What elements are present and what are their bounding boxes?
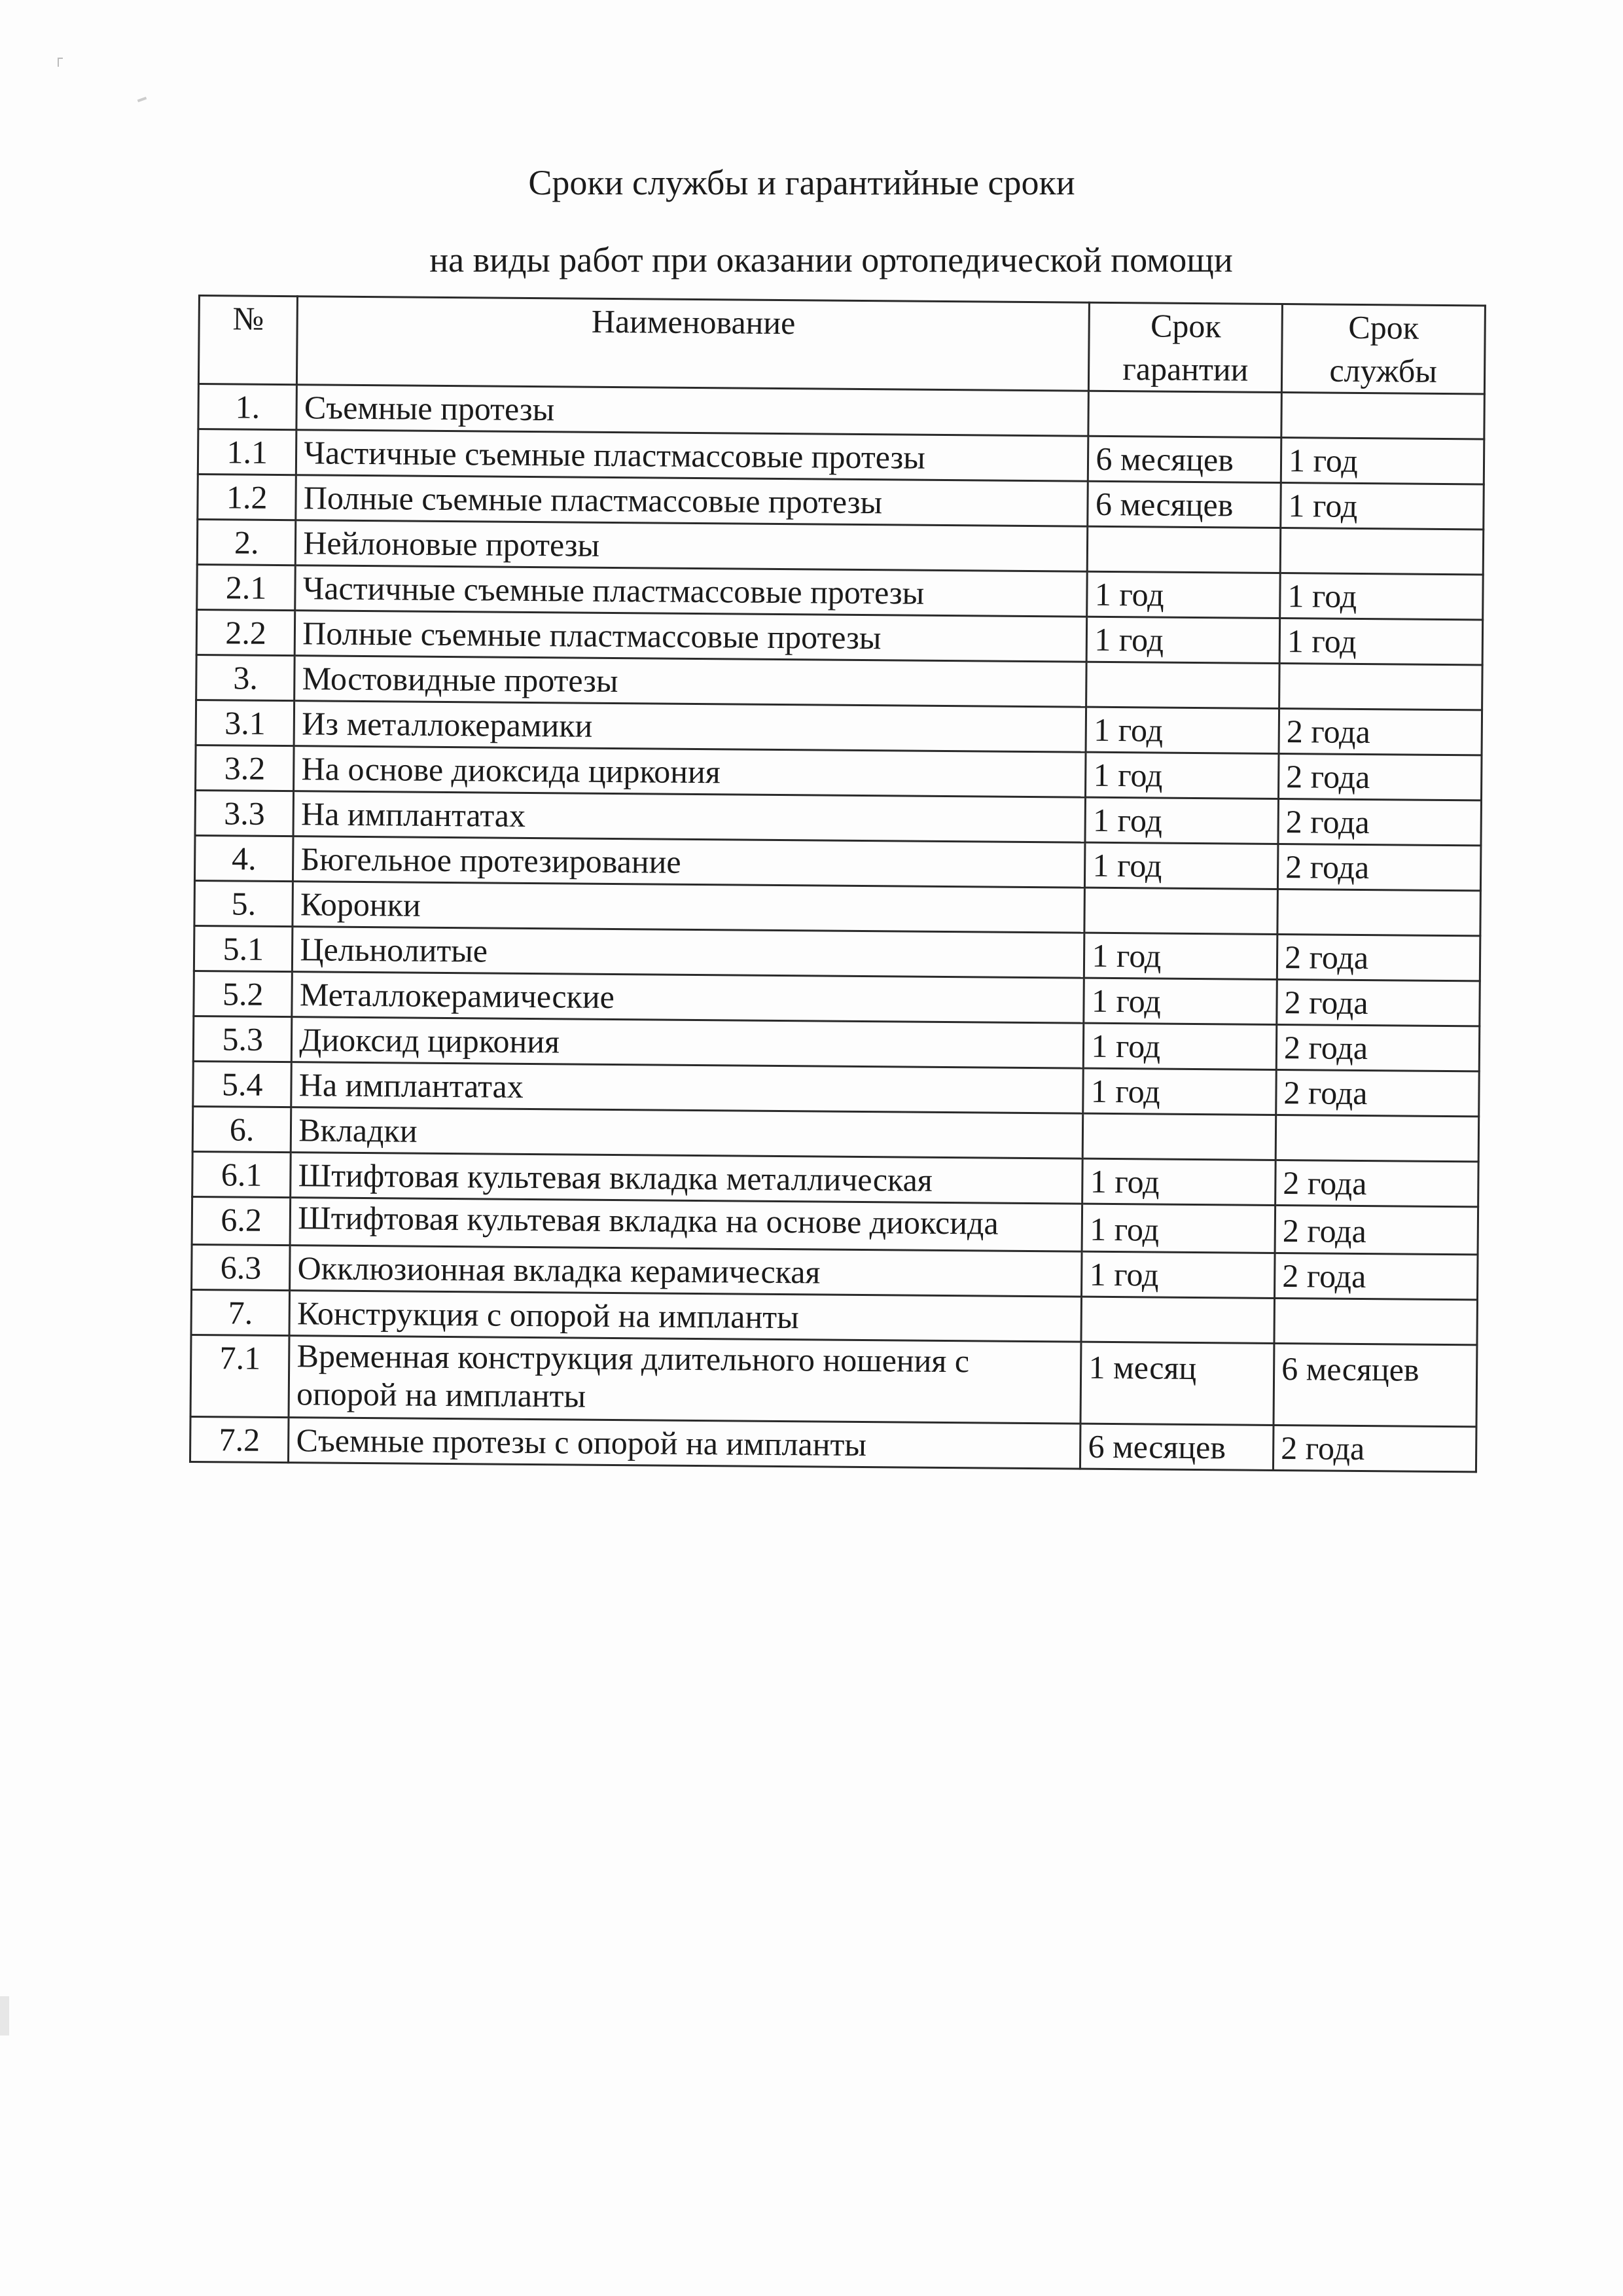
scan-artifact <box>0 1996 9 2036</box>
row-warranty <box>1084 888 1277 934</box>
row-name: Цельнолитые <box>293 927 1085 978</box>
row-name: Вкладки <box>291 1107 1084 1159</box>
row-warranty: 1 год <box>1087 571 1280 618</box>
row-number: 6.2 <box>192 1196 291 1245</box>
header-warranty-line2: гарантии <box>1122 350 1248 388</box>
scan-artifact <box>58 58 63 67</box>
row-name: Штифтовая культевая вкладка на основе ди… <box>290 1198 1082 1252</box>
row-name: Из металлокерамики <box>294 701 1086 753</box>
row-name: Частичные съемные пластмассовые протезы <box>295 565 1088 617</box>
row-number: 6.3 <box>192 1244 291 1290</box>
table-row: 7.1Временная конструкция длительного нош… <box>190 1335 1477 1426</box>
row-warranty: 1 год <box>1086 707 1279 753</box>
row-number: 6.1 <box>192 1151 291 1197</box>
row-name: Нейлоновые протезы <box>296 520 1088 572</box>
row-warranty: 1 год <box>1085 842 1278 889</box>
header-service-life: Срок службы <box>1281 304 1485 394</box>
row-warranty <box>1083 1113 1276 1160</box>
row-number: 7.2 <box>190 1416 289 1462</box>
row-service-life: 1 год <box>1279 618 1482 664</box>
row-service-life: 2 года <box>1279 753 1482 800</box>
row-name: Частичные съемные пластмассовые протезы <box>296 430 1089 482</box>
warranty-terms-table: № Наименование Срок гарантии Срок службы… <box>189 295 1486 1473</box>
row-name: Полные съемные пластмассовые протезы <box>296 475 1088 527</box>
row-warranty: 1 год <box>1083 1068 1276 1115</box>
row-number: 5.4 <box>193 1061 292 1107</box>
row-service-life: 2 года <box>1277 979 1480 1026</box>
row-warranty: 1 месяц <box>1080 1342 1274 1425</box>
row-number: 5.2 <box>194 971 293 1016</box>
row-warranty <box>1081 1297 1274 1343</box>
row-warranty: 1 год <box>1084 933 1277 979</box>
row-service-life: 2 года <box>1275 1205 1478 1254</box>
row-name: Бюгельное протезирование <box>293 836 1086 888</box>
row-service-life <box>1277 889 1480 935</box>
row-warranty: 1 год <box>1085 797 1278 844</box>
row-number: 3. <box>196 655 295 700</box>
row-warranty: 1 год <box>1084 978 1277 1024</box>
row-warranty: 1 год <box>1082 1204 1275 1253</box>
row-service-life <box>1281 393 1484 439</box>
row-service-life: 2 года <box>1276 1069 1479 1116</box>
row-number: 6. <box>192 1106 291 1152</box>
row-name: Полные съемные пластмассовые протезы <box>295 611 1088 662</box>
row-service-life <box>1280 528 1483 574</box>
row-name: Диоксид циркония <box>292 1017 1084 1069</box>
scan-artifact <box>137 97 147 103</box>
document-subtitle: на виды работ при оказании ортопедическо… <box>20 242 1623 278</box>
row-name: Штифтовая культевая вкладка металлическа… <box>291 1153 1083 1204</box>
row-number: 4. <box>194 835 293 881</box>
row-warranty <box>1088 526 1281 573</box>
row-name: Конструкция с опорой на импланты <box>289 1291 1082 1342</box>
row-service-life: 6 месяцев <box>1274 1343 1477 1426</box>
row-service-life: 2 года <box>1275 1160 1478 1206</box>
row-number: 2. <box>197 520 296 565</box>
row-number: 1. <box>198 384 297 430</box>
row-warranty: 1 год <box>1086 752 1279 798</box>
row-number: 3.2 <box>196 745 294 791</box>
header-warranty: Срок гарантии <box>1089 302 1283 392</box>
row-service-life: 1 год <box>1281 483 1484 529</box>
row-number: 5.1 <box>194 925 293 971</box>
row-service-life: 2 года <box>1279 708 1482 755</box>
row-service-life: 2 года <box>1276 1024 1479 1071</box>
row-warranty: 1 год <box>1082 1251 1275 1298</box>
row-number: 5. <box>194 880 293 926</box>
row-service-life <box>1279 663 1482 709</box>
row-service-life: 2 года <box>1275 1253 1478 1299</box>
row-number: 7. <box>191 1289 290 1335</box>
row-name: На имплантатах <box>291 1062 1084 1114</box>
row-number: 3.1 <box>196 700 294 745</box>
row-name: На имплантатах <box>293 791 1086 843</box>
row-name: Коронки <box>293 882 1085 933</box>
row-warranty: 6 месяцев <box>1088 436 1281 482</box>
header-service-line2: службы <box>1329 352 1437 389</box>
row-number: 2.1 <box>197 564 296 610</box>
row-number: 1.2 <box>198 475 296 520</box>
row-warranty: 6 месяцев <box>1080 1424 1274 1470</box>
row-service-life: 2 года <box>1277 934 1480 980</box>
table-row: 7.2Съемные протезы с опорой на импланты6… <box>190 1416 1476 1471</box>
row-number: 3.3 <box>195 790 294 836</box>
row-warranty: 1 год <box>1087 617 1280 663</box>
document-title: Сроки службы и гарантийные сроки <box>0 165 1613 200</box>
header-number: № <box>198 296 297 385</box>
row-name: Временная конструкция длительного ношени… <box>289 1336 1081 1424</box>
row-name: Металлокерамические <box>292 972 1084 1024</box>
row-warranty: 1 год <box>1084 1023 1277 1069</box>
row-number: 7.1 <box>190 1335 289 1417</box>
row-service-life: 2 года <box>1273 1425 1476 1471</box>
header-service-line1: Срок <box>1348 309 1419 346</box>
row-number: 5.3 <box>193 1016 292 1062</box>
header-warranty-line1: Срок <box>1150 307 1221 344</box>
row-number: 2.2 <box>196 609 295 655</box>
header-name: Наименование <box>297 296 1090 391</box>
row-service-life: 1 год <box>1281 438 1484 484</box>
row-number: 1.1 <box>198 429 296 475</box>
table-header-row: № Наименование Срок гарантии Срок службы <box>198 296 1485 394</box>
row-name: Съемные протезы <box>296 385 1089 437</box>
row-warranty <box>1086 662 1279 708</box>
row-service-life <box>1275 1115 1478 1161</box>
row-name: Мостовидные протезы <box>294 656 1087 708</box>
row-service-life: 2 года <box>1277 844 1480 890</box>
row-service-life: 1 год <box>1280 573 1483 619</box>
row-name: Съемные протезы с опорой на импланты <box>289 1418 1081 1469</box>
row-warranty: 6 месяцев <box>1088 481 1281 528</box>
row-name: Окклюзионная вкладка керамическая <box>290 1246 1082 1297</box>
row-service-life: 2 года <box>1278 798 1481 845</box>
row-name: На основе диоксида циркония <box>294 746 1086 798</box>
row-warranty <box>1088 391 1281 437</box>
row-service-life <box>1274 1298 1477 1344</box>
row-warranty: 1 год <box>1082 1158 1275 1205</box>
